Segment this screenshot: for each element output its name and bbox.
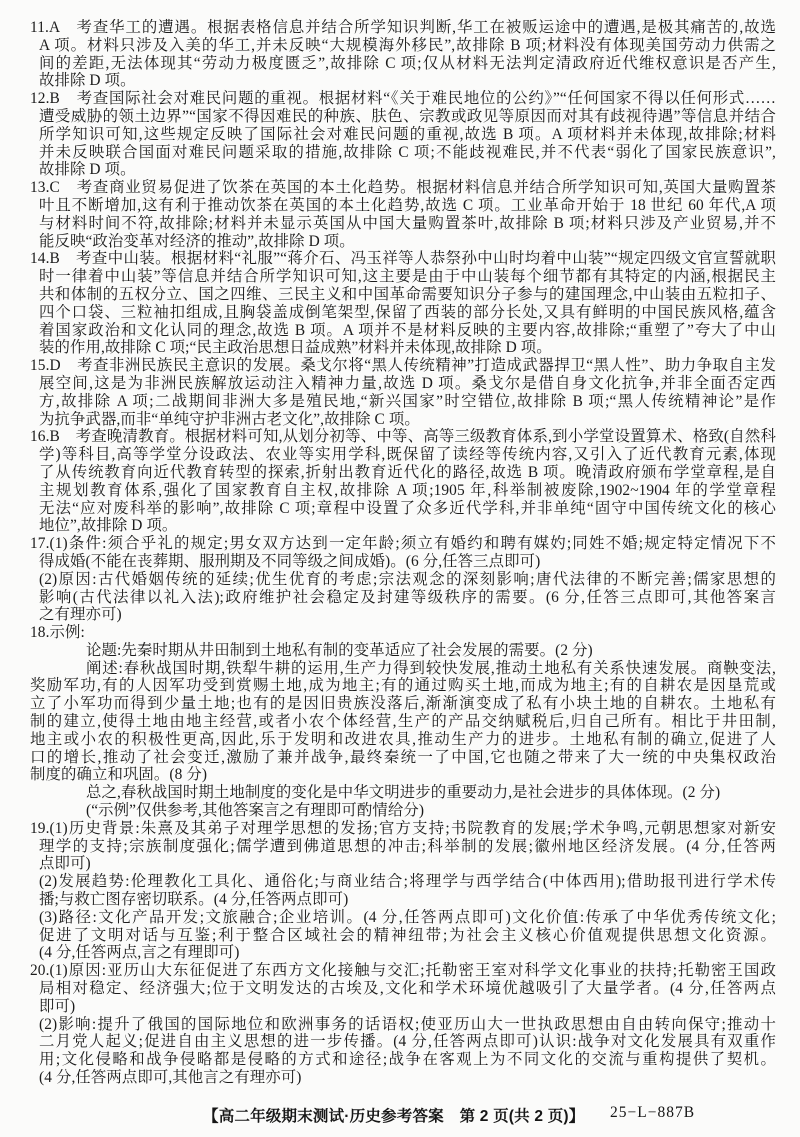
answer-line: 了从传统教育向近代教育转型的探索,折射出教育近代化的路径,故选 B 项。晚清政府… bbox=[39, 464, 776, 482]
answer-line: 理学的支持;宗族制度强化;儒学遭到佛道思想的冲击;科举制的发展;徽州地区经济发展… bbox=[39, 838, 776, 856]
answer-line: 制度的确立和巩固。(8 分) bbox=[30, 766, 776, 784]
answer-line: (2)原因:古代婚姻传统的延续;优生优育的考虑;宗法观念的深刻影响;唐代法律的不… bbox=[39, 571, 776, 589]
answer-line: 时一律着中山装”等信息并结合所学知识可知,这主要是由于中山装每个细节都有其特定的… bbox=[39, 268, 776, 286]
answer-line: 促进了文明对话与互鉴;利于整合区域社会的精神纽带;为社会主义核心价值观提供思想文… bbox=[39, 927, 776, 945]
answer-line: 点即可) bbox=[39, 855, 776, 873]
answer-line: (2)发展趋势:伦理教化工具化、通俗化;与商业结合;将理学与西学结合(中体西用)… bbox=[39, 873, 776, 891]
answer-line: 15.D 考查非洲民族民主意识的发展。桑戈尔将“黑人传统精神”打造成武器捍卫“黑… bbox=[30, 357, 776, 375]
answer-item-14: 14.B 考查中山装。根据材料“礼服”“蒋介石、冯玉祥等人恭祭孙中山时均着中山装… bbox=[30, 250, 776, 357]
answer-line: 11.A 考查华工的遭遇。根据表格信息并结合所学知识判断,华工在被贩运途中的遭遇… bbox=[30, 19, 776, 37]
answer-line: 18.示例: bbox=[30, 624, 776, 642]
answer-line: 17.(1)条件:须合乎礼的规定;男女双方达到一定年龄;须立有婚约和聘有媒妁;同… bbox=[30, 535, 776, 553]
answer-line: 播;与救亡图存密切联系。(4 分,任答两点即可) bbox=[39, 891, 776, 909]
answer-line: 论题:先秦时期从井田制到土地私有制的变革适应了社会发展的需要。(2 分) bbox=[86, 642, 776, 660]
answer-item-15: 15.D 考查非洲民族民主意识的发展。桑戈尔将“黑人传统精神”打造成武器捍卫“黑… bbox=[30, 357, 776, 428]
answer-line: (“示例”仅供参考,其他答案言之有理即可酌情给分) bbox=[86, 802, 776, 820]
answer-line: 16.B 考查晚清教育。根据材料可知,从划分初等、中等、高等三级教育体系,到小学… bbox=[30, 428, 776, 446]
answer-line: 遭受威胁的领土边界”“国家不得因难民的种族、肤色、宗教或政见等原因而对其有歧视待… bbox=[39, 108, 776, 126]
answer-line: 能反映“政治变革对经济的推动”,故排除 D 项。 bbox=[39, 233, 776, 251]
answer-line: 口的增长,推动了社会变迁,激励了兼并战争,最终秦统一了中国,它也随之带来了大一统… bbox=[30, 749, 776, 767]
answer-line: 之有理亦可) bbox=[39, 606, 776, 624]
footer-title: 【高二年级期末测试·历史参考答案 第 2 页(共 2 页)】 bbox=[203, 1104, 584, 1126]
answer-line: 奖励军功,有的人因军功受到赏赐土地,成为地主;有的通过购买土地,而成为地主;有的… bbox=[30, 677, 776, 695]
answer-line: 所学知识可知,这些规定反映了国际社会对难民问题的重视,故选 B 项。A 项材料并… bbox=[39, 126, 776, 144]
answer-line: 局相对稳定、经济强大;位于文明发达的古埃及,文化和学术环境优越吸引了大量学者。(… bbox=[39, 980, 776, 998]
answer-line: 13.C 考查商业贸易促进了饮茶在英国的本土化趋势。根据材料信息并结合所学知识可… bbox=[30, 179, 776, 197]
answer-line: 即可) bbox=[39, 998, 776, 1016]
answer-line: 得成婚(不能在丧葬期、服刑期及不同等级之间成婚)。(6 分,任答三点即可) bbox=[39, 553, 776, 571]
answer-line: 立了小军功而得到少量土地;也有的是因旧贵族没落后,渐渐演变成了私有小块土地的自耕… bbox=[30, 695, 776, 713]
answer-line: (4 分,任答两点即可,其他言之有理亦可) bbox=[39, 1069, 776, 1087]
answer-line: 地位”,故排除 D 项。 bbox=[39, 517, 776, 535]
answer-line: 二月党人起义;促进自由主义思想的进一步传播。(4 分,任答两点即可)认识:战争对… bbox=[39, 1033, 776, 1051]
answer-item-13: 13.C 考查商业贸易促进了饮茶在英国的本土化趋势。根据材料信息并结合所学知识可… bbox=[30, 179, 776, 250]
answer-sheet-page: 11.A 考查华工的遭遇。根据表格信息并结合所学知识判断,华工在被贩运途中的遭遇… bbox=[0, 0, 800, 1137]
answer-line: A 项。材料只涉及入美的华工,并未反映“大规模海外移民”,故排除 B 项;材料没… bbox=[39, 37, 776, 55]
answer-item-20: 20.(1)原因:亚历山大东征促进了东西方文化接触与交汇;托勒密王室对科学文化事… bbox=[30, 962, 776, 1087]
answer-line: 着国家政治和文化认同的理念,故选 B 项。A 项并不是材料反映的主要内容,故排除… bbox=[39, 322, 776, 340]
answer-line: 12.B 考查国际社会对难民问题的重视。根据材料“《关于难民地位的公约》”“任何… bbox=[30, 90, 776, 108]
page-footer: 【高二年级期末测试·历史参考答案 第 2 页(共 2 页)】 25−L−887B bbox=[0, 1104, 800, 1126]
answer-line: 共和体制的五权分立、国之四维、三民主义和中国革命需要知识分子参与的建国理念,中山… bbox=[39, 286, 776, 304]
answer-item-16: 16.B 考查晚清教育。根据材料可知,从划分初等、中等、高等三级教育体系,到小学… bbox=[30, 428, 776, 535]
answer-line: 14.B 考查中山装。根据材料“礼服”“蒋介石、冯玉祥等人恭祭孙中山时均着中山装… bbox=[30, 250, 776, 268]
answer-item-12: 12.B 考查国际社会对难民问题的重视。根据材料“《关于难民地位的公约》”“任何… bbox=[30, 90, 776, 179]
answer-item-19: 19.(1)历史背景:朱熹及其弟子对理学思想的发扬;官方支持;书院教育的发展;学… bbox=[30, 820, 776, 962]
answer-line: 20.(1)原因:亚历山大东征促进了东西方文化接触与交汇;托勒密王室对科学文化事… bbox=[30, 962, 776, 980]
answer-line: 主规划教育体系,强化了国家教育自主权,故排除 A 项;1905 年,科举制被废除… bbox=[39, 482, 776, 500]
answer-line: 故排除 D 项。 bbox=[39, 161, 776, 179]
answer-line: 方,故排除 A 项;二战期间非洲大多是殖民地,“新兴国家”时空错位,故排除 B … bbox=[39, 393, 776, 411]
answer-line: 并未反映联合国面对难民问题采取的措施,故排除 C 项;不能歧视难民,并不代表“弱… bbox=[39, 144, 776, 162]
answer-line: 19.(1)历史背景:朱熹及其弟子对理学思想的发扬;官方支持;书院教育的发展;学… bbox=[30, 820, 776, 838]
answer-line: 故排除 D 项。 bbox=[39, 72, 776, 90]
answer-line: 为抗争武器,而非“单纯守护非洲古老文化”,故排除 C 项。 bbox=[39, 411, 776, 429]
answer-line: 阐述:春秋战国时期,铁犁牛耕的运用,生产力得到较快发展,推动土地私有关系快速发展… bbox=[86, 660, 776, 678]
answer-line: 与材料时间不符,故排除;材料并未显示英国从中国大量购置茶叶,故排除 B 项;材料… bbox=[39, 215, 776, 233]
answer-line: (3)路径:文化产品开发;文旅融合;企业培训。(4 分,任答两点即可)文化价值:… bbox=[39, 909, 776, 927]
answer-list: 11.A 考查华工的遭遇。根据表格信息并结合所学知识判断,华工在被贩运途中的遭遇… bbox=[30, 19, 776, 1087]
answer-line: 间的差距,无法体现其“劳动力极度匮乏”,故排除 C 项;仅从材料无法判定清政府近… bbox=[39, 55, 776, 73]
answer-line: 制的建立,使得土地由地主经营,或者小农个体经营,生产的产品交纳赋税后,归自己所有… bbox=[30, 713, 776, 731]
answer-line: 四个口袋、三粒袖扣组成,且胸袋盖成倒笔架型,保留了西装的部分长处,又具有鲜明的中… bbox=[39, 304, 776, 322]
answer-item-18: 18.示例:论题:先秦时期从井田制到土地私有制的变革适应了社会发展的需要。(2 … bbox=[30, 624, 776, 820]
answer-line: 总之,春秋战国时期土地制度的变化是中华文明进步的重要动力,是社会进步的具体体现。… bbox=[86, 784, 776, 802]
answer-line: 装的作用,故排除 C 项;“民主政治思想日益成熟”材料并未体现,故排除 D 项。 bbox=[39, 339, 776, 357]
answer-line: 学)等科目,高等学堂分设政法、农业等实用学科,既保留了读经等传统内容,又引入了近… bbox=[39, 446, 776, 464]
answer-item-11: 11.A 考查华工的遭遇。根据表格信息并结合所学知识判断,华工在被贩运途中的遭遇… bbox=[30, 19, 776, 90]
answer-line: 展空间,这是为非洲民族解放运动注入精神力量,故选 D 项。桑戈尔是借自身文化抗争… bbox=[39, 375, 776, 393]
answer-line: 影响(古代法律以礼入法);政府维护社会稳定及封建等级秩序的需要。(6 分,任答三… bbox=[39, 589, 776, 607]
answer-line: (2)影响:提升了俄国的国际地位和欧洲事务的话语权;使亚历山大一世执政思想由自由… bbox=[39, 1016, 776, 1034]
answer-line: (4 分,任答两点,言之有理即可) bbox=[39, 944, 776, 962]
answer-line: 无法“应对废科举的影响”,故排除 C 项;章程中设置了众多近代学科,并非单纯“固… bbox=[39, 500, 776, 518]
answer-item-17: 17.(1)条件:须合乎礼的规定;男女双方达到一定年龄;须立有婚约和聘有媒妁;同… bbox=[30, 535, 776, 624]
answer-line: 用;文化侵略和战争侵略都是侵略的方式和途径;战争在客观上为不同文化的交流与重构提… bbox=[39, 1051, 776, 1069]
answer-line: 叶且不断增加,这有利于推动饮茶在英国的本土化趋势,故选 C 项。工业革命开始于 … bbox=[39, 197, 776, 215]
answer-line: 地主或小农的积极性更高,因此,乐于发明和改进农具,推动生产力的进步。土地私有制的… bbox=[30, 731, 776, 749]
footer-page-code: 25−L−887B bbox=[610, 1104, 695, 1122]
